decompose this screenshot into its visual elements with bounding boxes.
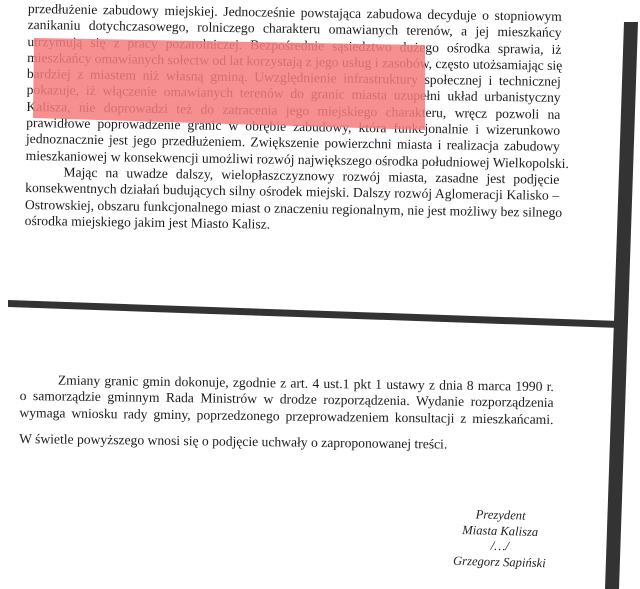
horizontal-page-separator [8,300,620,328]
lower-page-section: Zmiany granic gmin dokonuje, zgodnie z a… [19,372,554,454]
signature-name: Grzegorz Sapiński [429,553,569,572]
vertical-page-edge [605,22,638,589]
upper-page-section: przedłużenie zabudowy miejskiej. Jednocz… [25,1,562,237]
signature-block: Prezydent Miasta Kalisza /…/ Grzegorz Sa… [429,506,571,572]
